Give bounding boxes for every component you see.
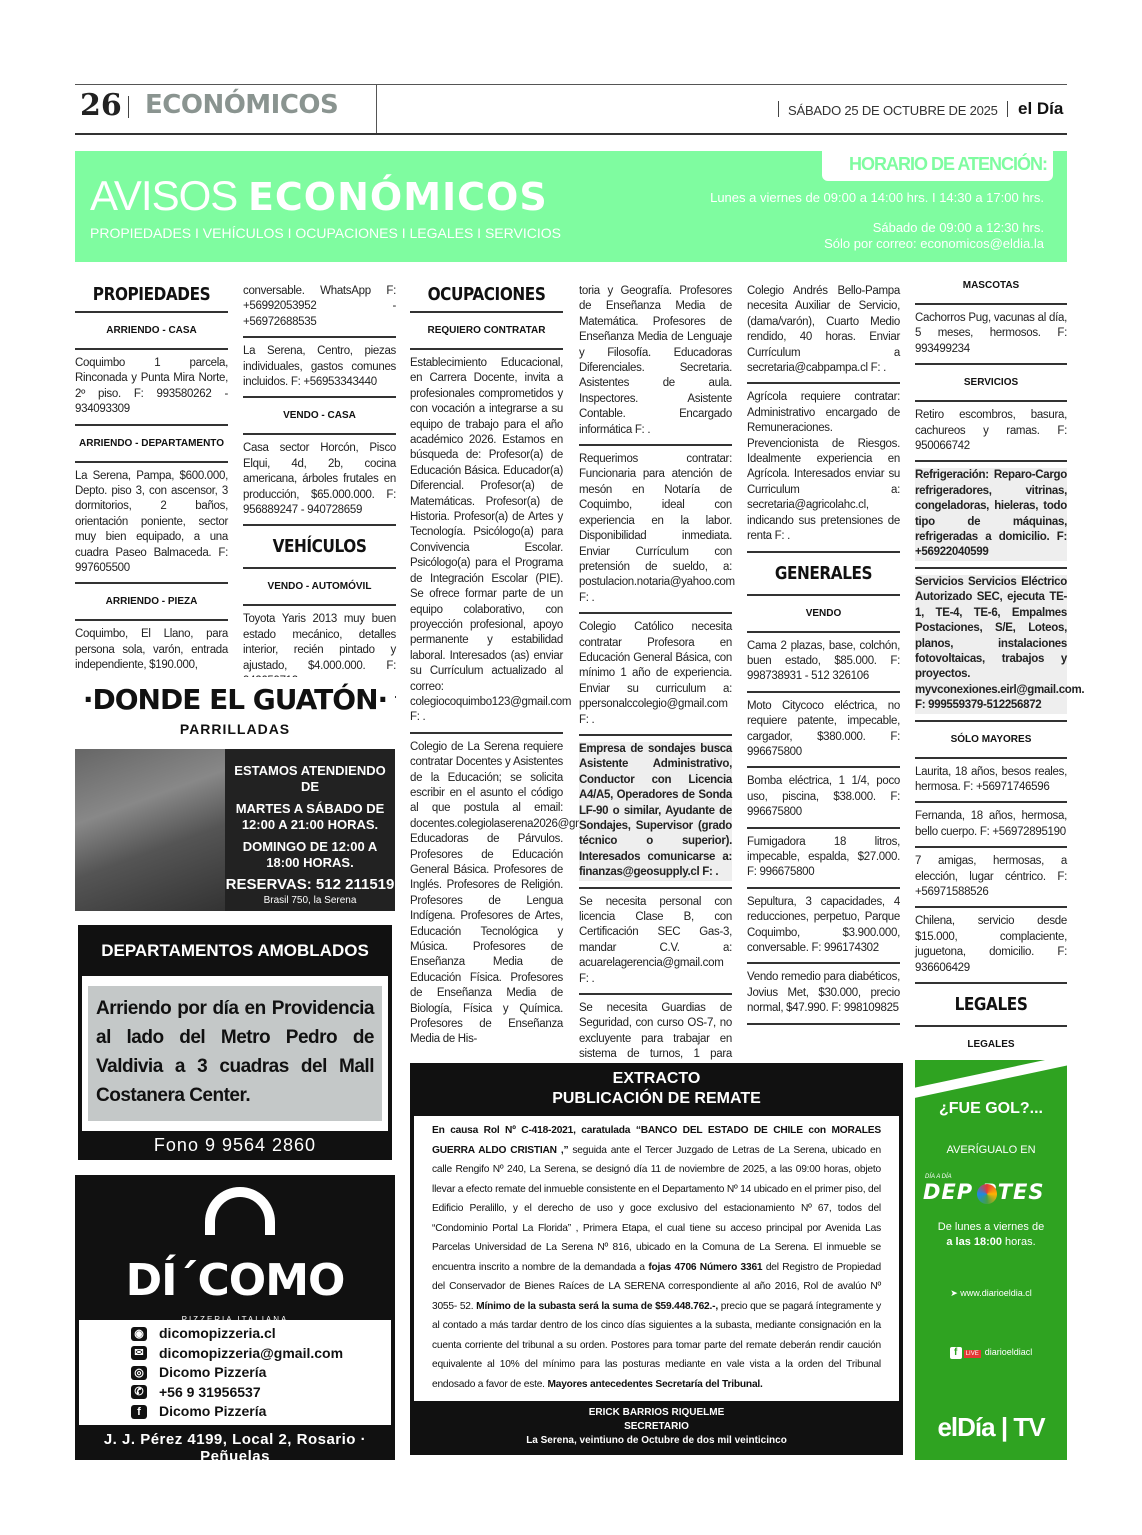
rule [243, 524, 396, 526]
rule [747, 382, 900, 384]
rule [747, 594, 900, 596]
globe-icon: ◉ [131, 1327, 147, 1341]
rule [915, 846, 1067, 848]
rule [75, 619, 228, 621]
classified-ad: Retiro escombros, basura, cachureos y ra… [915, 408, 1067, 454]
notice-extracto-remate: EXTRACTO PUBLICACIÓN DE REMATE En causa … [410, 1063, 903, 1455]
guaton-subtitle: PARRILLADAS [75, 721, 395, 737]
header-vertical-divider [376, 85, 377, 133]
classified-ad: Agrícola requiere contratar: Administrat… [747, 390, 900, 544]
tv-sched-time: a las 18:00 [946, 1236, 1002, 1248]
classified-ad: La Serena, Centro, piezas individuales, … [243, 344, 396, 390]
live-badge: LIVE [964, 1350, 981, 1358]
dicomo-logo: DÍ´COMO [75, 1255, 395, 1306]
section-heading-propiedades: PROPIEDADES [86, 284, 216, 305]
ball-icon [977, 1184, 997, 1204]
classified-ad: Cachorros Pug, vacunas al día, 5 meses, … [915, 311, 1067, 357]
banner-title: AVISOS ECONÓMICOS [90, 172, 548, 220]
contact-row: ✉dicomopizzeria@gmail.com [131, 1344, 391, 1364]
rule [75, 424, 228, 426]
rule [915, 363, 1067, 365]
rule [579, 887, 732, 889]
classified-ad-highlighted: Servicios Servicios Eléctrico Autorizado… [915, 575, 1067, 714]
tv-find: AVERÍGUALO EN [915, 1144, 1067, 1156]
section-heading-generales: GENERALES [758, 559, 888, 588]
classified-ad: La Serena, Pampa, $600.000, Depto. piso … [75, 469, 228, 577]
rule [243, 433, 396, 435]
contact-row: ✆+56 9 31956537 [131, 1383, 391, 1403]
rule [243, 604, 396, 606]
subheading-arriendo-departamento: ARRIENDO - DEPARTAMENTO [75, 432, 228, 455]
rule [75, 348, 228, 350]
remate-title-line2: PUBLICACIÓN DE REMATE [410, 1089, 903, 1109]
rule [410, 348, 563, 350]
guaton-line1: ESTAMOS ATENDIENDO DE [225, 763, 395, 795]
rule [915, 460, 1067, 462]
tv-sched-line1: De lunes a viernes de [915, 1220, 1067, 1235]
facebook-icon: f [131, 1405, 147, 1419]
grill-photo [75, 749, 225, 911]
guaton-line2: MARTES A SÁBADO DE 12:00 A 21:00 HORAS. [225, 801, 395, 833]
subheading-arriendo-pieza: ARRIENDO - PIEZA [75, 590, 228, 613]
whatsapp-icon: ✆ [131, 1385, 147, 1399]
banner-title-light: AVISOS [90, 172, 248, 219]
rule [747, 631, 900, 633]
ad-dicomo-pizzeria: DÍ´COMO PIZZERIA ITALIANA ◉dicomopizzeri… [75, 1175, 395, 1460]
classified-ad: Vendo remedio para diabéticos, Jovius Me… [747, 970, 900, 1016]
cursor-icon: ➤ [950, 1288, 960, 1298]
section-heading-ocupaciones: OCUPACIONES [421, 284, 551, 305]
rule [915, 567, 1067, 569]
saturday-hours: Sábado de 09:00 a 12:30 hrs. [873, 220, 1044, 235]
weekday-hours: Lunes a viernes de 09:00 a 14:00 hrs. I … [710, 190, 1044, 205]
rule [75, 311, 228, 313]
classified-ad: Coquimbo 1 parcela, Rinconada y Punta Mi… [75, 356, 228, 418]
amoblados-body: Arriendo por día en Providencia al lado … [88, 986, 382, 1121]
contact-text: Dicomo Pizzería [159, 1363, 266, 1383]
section-heading-vehiculos: VEHÍCULOS [254, 532, 384, 561]
classified-ad: Sepultura, 3 capacidades, 4 reducciones,… [747, 895, 900, 957]
subheading-vendo-automovil: VENDO - AUTOMÓVIL [243, 575, 396, 598]
mail-icon: ✉ [131, 1346, 147, 1360]
rule [579, 993, 732, 995]
pizza-oven-icon [205, 1187, 275, 1235]
eldia-tv-logo: elDía | TV [915, 1412, 1067, 1443]
contact-text: +56 9 31956537 [159, 1383, 261, 1403]
classified-ad: conversable. WhatsApp F: +56992053952 - … [243, 284, 396, 330]
rule [915, 1025, 1067, 1027]
subheading-legales: LEGALES [915, 1033, 1067, 1056]
classified-ad: Fernanda, 18 años, hermosa, bello cuerpo… [915, 809, 1067, 840]
page-number: 26 [80, 88, 122, 123]
classified-ad: Colegio de La Serena requiere contratar … [410, 740, 563, 1048]
classified-ad: Casa sector Horcón, Pisco Elqui, 4d, 2b,… [243, 441, 396, 518]
facebook-icon: f [950, 1347, 962, 1359]
column-4: toria y Geografía. Profesores de Enseñan… [579, 284, 732, 1138]
classified-ad: Bomba eléctrica, 1 1/4, poco uso, piscin… [747, 774, 900, 820]
dicomo-contact-list: ◉dicomopizzeria.cl ✉dicomopizzeria@gmail… [79, 1320, 391, 1425]
classified-ad: Se necesita personal con licencia Clase … [579, 895, 732, 987]
rule [243, 396, 396, 398]
signer-role: SECRETARIO [410, 1420, 903, 1434]
rule [747, 691, 900, 693]
rule [915, 801, 1067, 803]
banner-categories: PROPIEDADES I VEHÍCULOS I OCUPACIONES I … [90, 225, 561, 241]
newspaper-logo: el Día [1018, 99, 1063, 119]
goalpost-graphic [915, 1060, 1067, 1102]
rule [747, 766, 900, 768]
rule [747, 887, 900, 889]
subheading-vendo: VENDO [747, 602, 900, 625]
remate-text: seguida ante el Tercer Juzgado de Letras… [432, 1145, 881, 1273]
signer-name: ERICK BARRIOS RIQUELME [410, 1406, 903, 1420]
guaton-address: Brasil 750, la Serena [225, 893, 395, 909]
rule [915, 720, 1067, 722]
tv-sched-rest: horas. [1002, 1236, 1036, 1248]
amoblados-phone: Fono 9 9564 2860 [78, 1135, 392, 1156]
classified-ad-highlighted: Refrigeración: Reparo-Cargo refrigerador… [915, 468, 1067, 560]
classified-ad: Moto Citycoco eléctrica, no requiere pat… [747, 699, 900, 761]
rule [410, 311, 563, 313]
section-heading-legales: LEGALES [926, 990, 1055, 1019]
horario-title: HORARIO DE ATENCIÓN: [822, 154, 1047, 175]
dicomo-address: J. J. Pérez 4199, Local 2, Rosario · Peñ… [75, 1431, 395, 1465]
rule [915, 400, 1067, 402]
section-title: ECONÓMICOS [145, 90, 338, 120]
tv-website-text: www.diarioeldia.cl [960, 1288, 1032, 1298]
rule [915, 303, 1067, 305]
rule [75, 461, 228, 463]
rule [747, 551, 900, 553]
place-date: La Serena, veintiuno de Octubre de dos m… [410, 1434, 903, 1448]
ad-donde-el-guaton: ·DONDE EL GUATÓN· PARRILLADAS ESTAMOS AT… [75, 677, 395, 911]
remate-bold: fojas 4706 Número 3361 [648, 1262, 762, 1273]
rule [243, 567, 396, 569]
subheading-servicios: SERVICIOS [915, 371, 1067, 394]
remate-title-line1: EXTRACTO [410, 1069, 903, 1089]
column-propiedades: PROPIEDADES ARRIENDO - CASA Coquimbo 1 p… [75, 284, 228, 680]
ad-eldia-tv: ¿FUE GOL?... AVERÍGUALO EN DÍA A DÍA DEP… [915, 1060, 1067, 1460]
classified-ad: Laurita, 18 años, besos reales, hermosa.… [915, 765, 1067, 796]
email-contact: Sólo por correo: economicos@eldia.la [824, 236, 1044, 251]
classified-ad: Requerimos contratar: Funcionaria para a… [579, 452, 732, 606]
classified-ad: Chilena, servicio desde $15.000, complac… [915, 914, 1067, 976]
rule [579, 444, 732, 446]
ad-departamentos-amoblados: DEPARTAMENTOS AMOBLADOS Arriendo por día… [78, 925, 392, 1160]
header-top-rule [75, 84, 1067, 85]
rule [915, 906, 1067, 908]
date-divider [778, 101, 779, 117]
rule [915, 757, 1067, 759]
column-6: MASCOTAS Cachorros Pug, vacunas al día, … [915, 278, 1067, 1176]
amoblados-body-frame: Arriendo por día en Providencia al lado … [82, 976, 388, 1131]
guaton-title: ·DONDE EL GUATÓN· [75, 683, 395, 716]
guaton-line3: DOMINGO DE 12:00 A 18:00 HORAS. [225, 839, 395, 871]
contact-row: fDicomo Pizzería [131, 1402, 391, 1422]
header-bottom-rule [75, 133, 1067, 135]
logo-divider [1007, 101, 1008, 117]
remate-bold: Mayores antecedentes Secretaría del Trib… [547, 1379, 762, 1390]
rule [579, 612, 732, 614]
tv-website: ➤ www.diarioeldia.cl [915, 1288, 1067, 1299]
contact-text: dicomopizzeria@gmail.com [159, 1344, 343, 1364]
header-divider [128, 96, 129, 118]
subheading-requiero-contratar: REQUIERO CONTRATAR [410, 319, 563, 342]
issue-date: SÁBADO 25 DE OCTUBRE DE 2025 [788, 103, 998, 118]
amoblados-title: DEPARTAMENTOS AMOBLADOS [78, 941, 392, 961]
tv-facebook: fLIVEdiarioeldiacl [915, 1347, 1067, 1359]
rule [579, 734, 732, 736]
tv-facebook-handle: diarioeldiacl [985, 1347, 1033, 1357]
tv-schedule: De lunes a viernes de a las 18:00 horas. [915, 1220, 1067, 1250]
classified-ad: Colegio Católico necesita contratar Prof… [579, 620, 732, 728]
banner-title-bold: ECONÓMICOS [248, 175, 548, 219]
contact-text: Dicomo Pizzería [159, 1402, 266, 1422]
contact-row: ◎Dicomo Pizzería [131, 1363, 391, 1383]
classified-ad: Colegio Andrés Bello-Pampa necesita Auxi… [747, 284, 900, 376]
classified-ad: Cama 2 plazas, base, colchón, buen estad… [747, 639, 900, 685]
subheading-solo-mayores: SÓLO MAYORES [915, 728, 1067, 751]
contact-row: ◉dicomopizzeria.cl [131, 1324, 391, 1344]
remate-body: En causa Rol Nº C-418-2021, caratulada “… [414, 1116, 899, 1401]
subheading-mascotas: MASCOTAS [915, 278, 1067, 297]
subheading-vendo-casa: VENDO - CASA [243, 404, 396, 427]
contact-text: dicomopizzeria.cl [159, 1324, 276, 1344]
classified-ad: Fumigadora 18 litros, impecable, espalda… [747, 835, 900, 881]
rule [75, 582, 228, 584]
tv-sched-line2: a las 18:00 horas. [915, 1235, 1067, 1250]
rule [747, 962, 900, 964]
rule [410, 732, 563, 734]
column-2: conversable. WhatsApp F: +56992053952 - … [243, 284, 396, 704]
rule [243, 336, 396, 338]
remate-bold: Mínimo de la subasta será la suma de $59… [476, 1301, 718, 1312]
guaton-schedule: ESTAMOS ATENDIENDO DE MARTES A SÁBADO DE… [225, 763, 395, 911]
classified-ad: Establecimiento Educacional, en Carrera … [410, 356, 563, 726]
instagram-icon: ◎ [131, 1366, 147, 1380]
remate-signature: ERICK BARRIOS RIQUELME SECRETARIO La Ser… [410, 1406, 903, 1448]
classified-ad: 7 amigas, hermosas, a elección, lugar cé… [915, 854, 1067, 900]
rule [747, 1023, 900, 1025]
remate-text: precio que se pagará íntegramente y al c… [432, 1301, 881, 1390]
column-ocupaciones: OCUPACIONES REQUIERO CONTRATAR Estableci… [410, 284, 563, 1054]
rule [915, 982, 1067, 984]
guaton-reservas: RESERVAS: 512 211519 [225, 877, 395, 893]
classified-ad: Coquimbo, El Llano, para persona sola, v… [75, 627, 228, 673]
column-5: Colegio Andrés Bello-Pampa necesita Auxi… [747, 284, 900, 1031]
classified-ad: toria y Geografía. Profesores de Enseñan… [579, 284, 732, 438]
subheading-arriendo-casa: ARRIENDO - CASA [75, 319, 228, 342]
rule [747, 827, 900, 829]
remate-title: EXTRACTO PUBLICACIÓN DE REMATE [410, 1069, 903, 1109]
tv-question: ¿FUE GOL?... [915, 1100, 1067, 1118]
classified-ad-highlighted: Empresa de sondajes busca Asistente Admi… [579, 742, 732, 881]
